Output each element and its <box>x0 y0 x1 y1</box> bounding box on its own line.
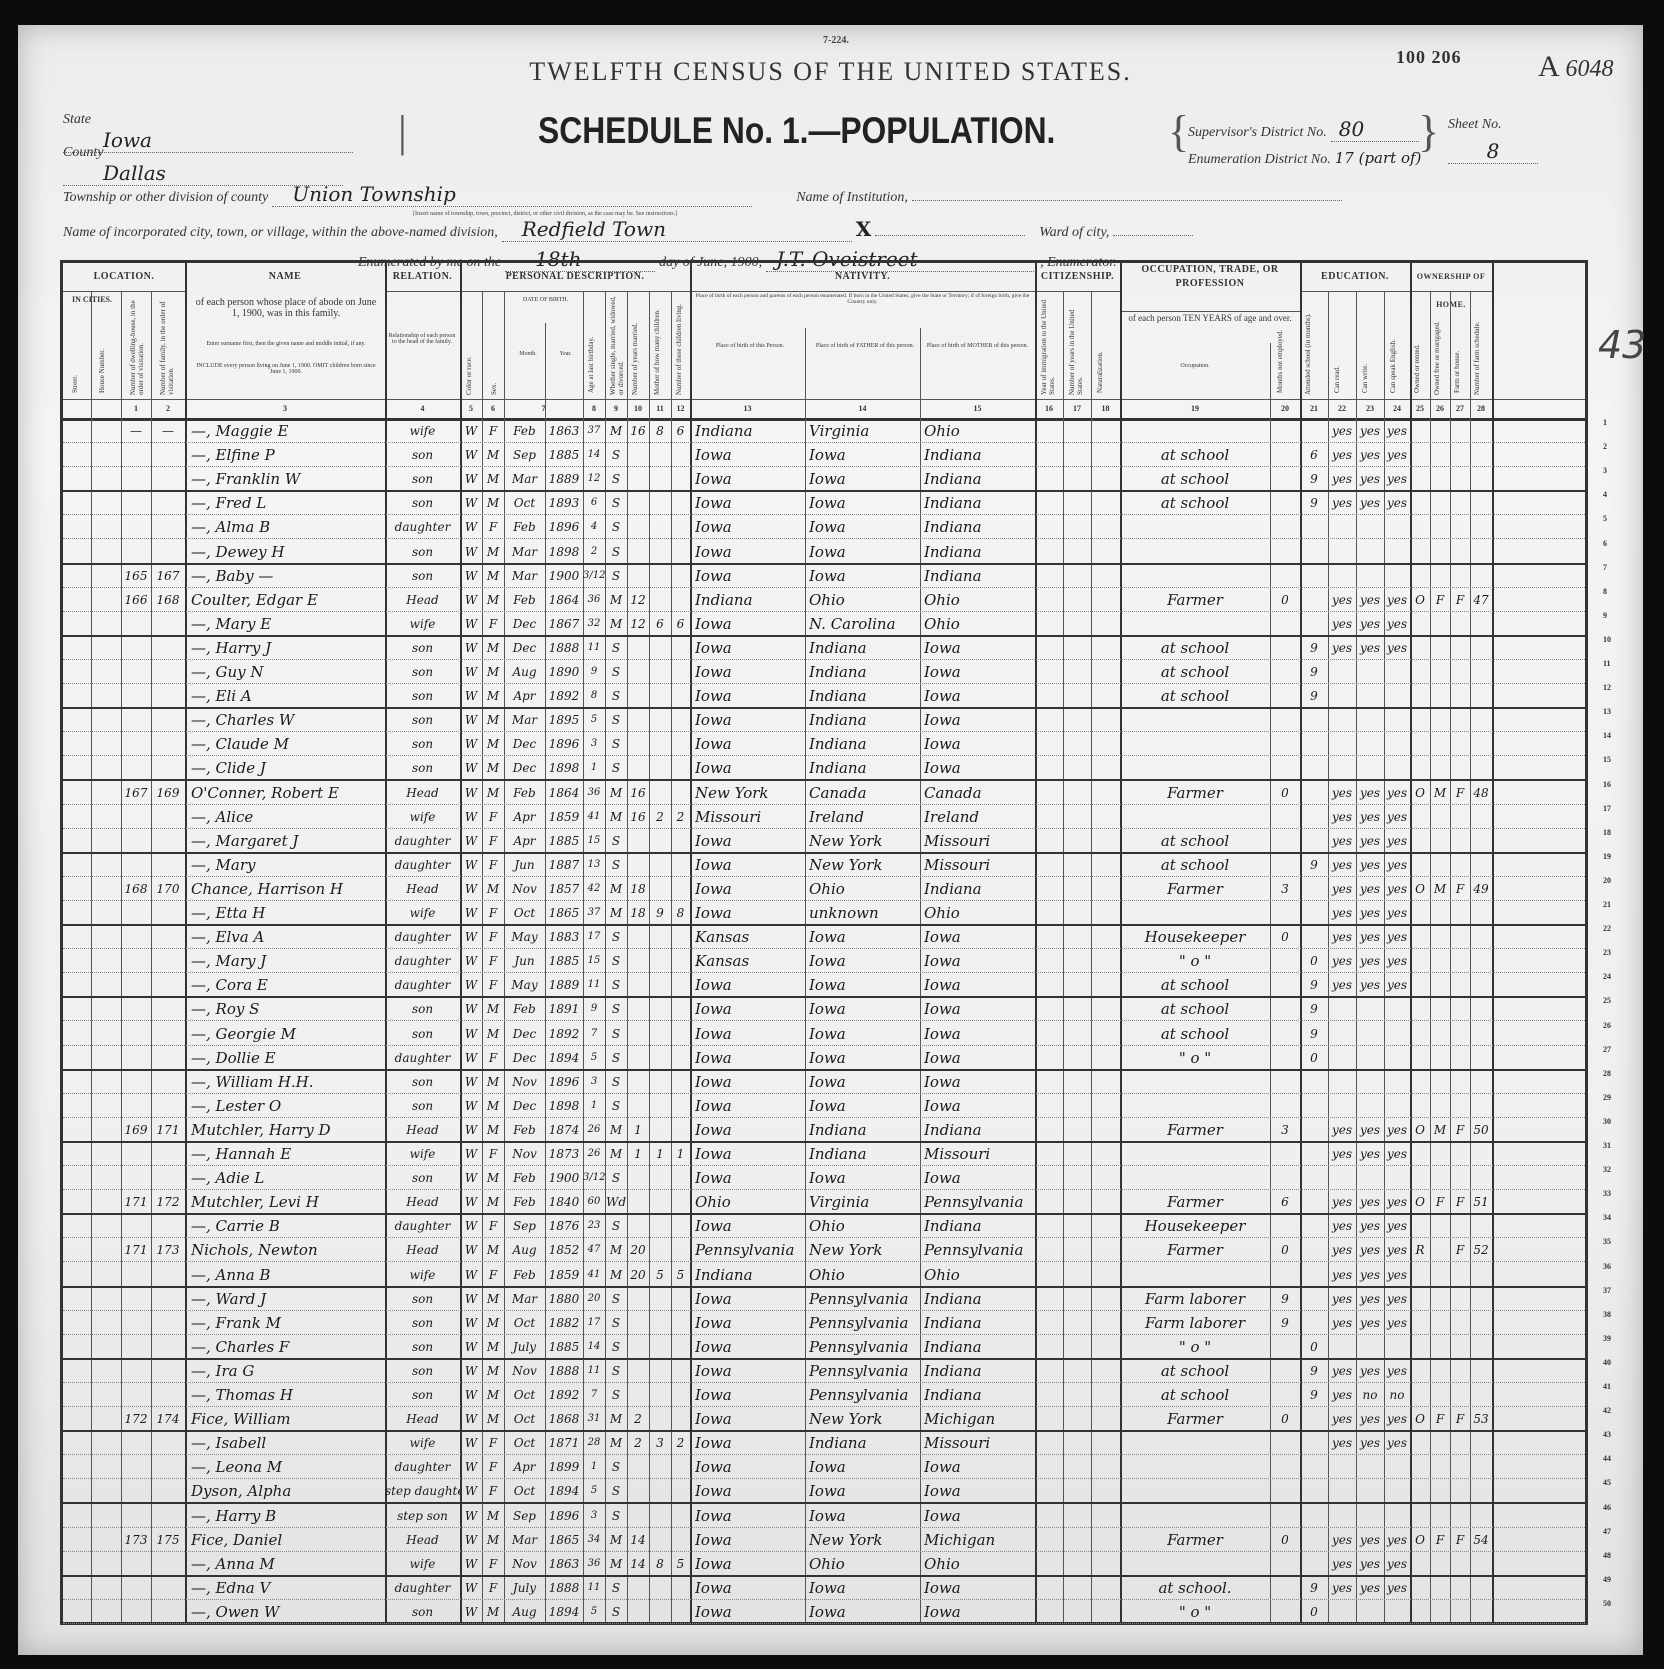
marital-status: S <box>605 1382 627 1406</box>
owned-free-mortgaged <box>1430 563 1450 587</box>
occupation: Farmer <box>1120 1527 1270 1551</box>
dwelling-number: 166 <box>121 587 151 611</box>
age: 15 <box>583 828 605 852</box>
children-living <box>671 1069 690 1093</box>
birthplace-father: Indiana <box>809 1117 919 1141</box>
occupation <box>1120 1141 1270 1165</box>
family-number <box>151 1165 185 1189</box>
color: W <box>460 539 482 563</box>
sex: M <box>482 1069 504 1093</box>
birthplace-mother: Ohio <box>924 418 1034 442</box>
person-name: —, Lester O <box>191 1093 383 1117</box>
farm-schedule-number <box>1470 683 1492 707</box>
occupation: at school. <box>1120 1575 1270 1599</box>
owned-free-mortgaged <box>1430 1478 1450 1502</box>
table-row: —, Eli A son W M Apr 1892 8 S Iowa India… <box>63 683 1585 709</box>
table-row: —, Isabell wife W F Oct 1871 28 M 2 3 2 … <box>63 1430 1585 1455</box>
owned-free-mortgaged: F <box>1430 1406 1450 1430</box>
table-row: 173 175 Fice, Daniel Head W M Mar 1865 3… <box>63 1527 1585 1552</box>
marital-status: S <box>605 1021 627 1045</box>
col-num-17: 17 <box>1063 404 1091 413</box>
children-living: 5 <box>671 1262 690 1286</box>
birthplace-mother: Ireland <box>924 804 1034 828</box>
farm-or-house <box>1450 972 1470 996</box>
line-number: 37 <box>1603 1286 1611 1295</box>
birthplace-person: Iowa <box>695 1310 805 1334</box>
occupation <box>1120 1069 1270 1093</box>
family-number <box>151 611 185 635</box>
marital-status: Wd <box>605 1189 627 1213</box>
children-living <box>671 996 690 1020</box>
children-living <box>671 780 690 804</box>
sex: F <box>482 1213 504 1237</box>
dwelling-number <box>121 1358 151 1382</box>
months-unemployed <box>1270 1575 1300 1599</box>
owned-rented: O <box>1410 1189 1430 1213</box>
header-can-write: Can write. <box>1361 343 1369 393</box>
sex: M <box>482 1237 504 1261</box>
can-write: yes <box>1356 1310 1384 1334</box>
can-speak-english: yes <box>1384 466 1410 490</box>
sex: M <box>482 780 504 804</box>
birth-year: 1867 <box>545 611 583 635</box>
birthplace-father: Iowa <box>809 1093 919 1117</box>
owned-free-mortgaged <box>1430 972 1450 996</box>
marital-status: M <box>605 1551 627 1575</box>
birthplace-person: Iowa <box>695 755 805 779</box>
farm-schedule-number <box>1470 466 1492 490</box>
owned-free-mortgaged <box>1430 1165 1450 1189</box>
children-living <box>671 659 690 683</box>
occupation <box>1120 1503 1270 1527</box>
farm-or-house <box>1450 1334 1470 1358</box>
sex: F <box>482 514 504 538</box>
sex: M <box>482 587 504 611</box>
marital-status: M <box>605 1527 627 1551</box>
attended-school <box>1300 1527 1328 1551</box>
birthplace-mother: Iowa <box>924 755 1034 779</box>
table-row: —, Frank M son W M Oct 1882 17 S Iowa Pe… <box>63 1310 1585 1335</box>
family-number <box>151 828 185 852</box>
can-write <box>1356 1093 1384 1117</box>
farm-or-house <box>1450 804 1470 828</box>
family-number <box>151 1262 185 1286</box>
attended-school <box>1300 1310 1328 1334</box>
county-field: County Dallas <box>63 143 383 186</box>
can-write: yes <box>1356 1213 1384 1237</box>
birthplace-father: Pennsylvania <box>809 1286 919 1310</box>
farm-or-house <box>1450 1599 1470 1623</box>
attended-school <box>1300 755 1328 779</box>
age: 47 <box>583 1237 605 1261</box>
person-name: —, Owen W <box>191 1599 383 1623</box>
person-name: —, Elfine P <box>191 442 383 466</box>
sex: M <box>482 683 504 707</box>
mother-of <box>649 1237 671 1261</box>
can-speak-english: yes <box>1384 1575 1410 1599</box>
farm-schedule-number: 53 <box>1470 1406 1492 1430</box>
owned-rented <box>1410 1141 1430 1165</box>
relation: Head <box>385 876 460 900</box>
birthplace-mother: Ohio <box>924 587 1034 611</box>
family-number <box>151 755 185 779</box>
age: 11 <box>583 1575 605 1599</box>
birthplace-father: Ohio <box>809 1551 919 1575</box>
relation: son <box>385 659 460 683</box>
person-name: —, Anna B <box>191 1262 383 1286</box>
children-living: 2 <box>671 1430 690 1454</box>
birthplace-mother: Ohio <box>924 900 1034 924</box>
table-row: —, Owen W son W M Aug 1894 5 S Iowa Iowa… <box>63 1599 1585 1624</box>
birth-year: 1892 <box>545 683 583 707</box>
can-read: yes <box>1328 1262 1356 1286</box>
dwelling-number <box>121 1454 151 1478</box>
owned-rented <box>1410 466 1430 490</box>
color: W <box>460 780 482 804</box>
can-speak-english: yes <box>1384 780 1410 804</box>
months-unemployed <box>1270 635 1300 659</box>
marital-status: M <box>605 418 627 442</box>
birthplace-mother: Missouri <box>924 828 1034 852</box>
owned-rented <box>1410 804 1430 828</box>
person-name: —, Charles F <box>191 1334 383 1358</box>
farm-or-house <box>1450 539 1470 563</box>
header-age: Age at last birthday. <box>587 303 595 393</box>
birthplace-person: Ohio <box>695 1189 805 1213</box>
age: 5 <box>583 707 605 731</box>
can-read: yes <box>1328 876 1356 900</box>
owned-free-mortgaged <box>1430 1310 1450 1334</box>
owned-rented <box>1410 683 1430 707</box>
farm-or-house <box>1450 442 1470 466</box>
farm-or-house <box>1450 731 1470 755</box>
col-num-26: 26 <box>1430 404 1450 413</box>
children-living <box>671 852 690 876</box>
can-write <box>1356 1021 1384 1045</box>
birth-year: 1863 <box>545 1551 583 1575</box>
header-birth-father: Place of birth of FATHER of this person. <box>810 343 920 349</box>
line-number: 1 <box>1603 418 1607 427</box>
attended-school <box>1300 876 1328 900</box>
header-immigration: Year of immigration to the United States… <box>1040 295 1056 395</box>
children-living: 2 <box>671 804 690 828</box>
attended-school: 9 <box>1300 683 1328 707</box>
family-number: 175 <box>151 1527 185 1551</box>
months-unemployed <box>1270 996 1300 1020</box>
farm-or-house <box>1450 1141 1470 1165</box>
col-num-6: 6 <box>482 404 504 413</box>
months-unemployed <box>1270 1599 1300 1623</box>
months-unemployed: 0 <box>1270 1237 1300 1261</box>
table-row: 168 170 Chance, Harrison H Head W M Nov … <box>63 876 1585 901</box>
marital-status: S <box>605 1165 627 1189</box>
farm-or-house <box>1450 707 1470 731</box>
marital-status: S <box>605 1213 627 1237</box>
occupation <box>1120 1262 1270 1286</box>
color: W <box>460 466 482 490</box>
birthplace-mother: Indiana <box>924 1310 1034 1334</box>
owned-rented: R <box>1410 1237 1430 1261</box>
months-unemployed <box>1270 1430 1300 1454</box>
dwelling-number <box>121 659 151 683</box>
months-unemployed <box>1270 442 1300 466</box>
marital-status: S <box>605 1454 627 1478</box>
birthplace-mother: Indiana <box>924 1117 1034 1141</box>
dwelling-number <box>121 466 151 490</box>
farm-or-house <box>1450 635 1470 659</box>
birthplace-person: Iowa <box>695 1021 805 1045</box>
attended-school <box>1300 1093 1328 1117</box>
line-number: 23 <box>1603 948 1611 957</box>
owned-rented <box>1410 1454 1430 1478</box>
months-unemployed: 0 <box>1270 587 1300 611</box>
col-num-12: 12 <box>671 404 690 413</box>
marital-status: S <box>605 1358 627 1382</box>
color: W <box>460 1382 482 1406</box>
dwelling-number: 167 <box>121 780 151 804</box>
relation: son <box>385 1310 460 1334</box>
owned-free-mortgaged <box>1430 948 1450 972</box>
years-married <box>627 707 649 731</box>
occupation <box>1120 707 1270 731</box>
dwelling-number <box>121 539 151 563</box>
birth-year: 1859 <box>545 804 583 828</box>
attended-school: 9 <box>1300 635 1328 659</box>
months-unemployed <box>1270 1165 1300 1189</box>
owned-free-mortgaged: F <box>1430 1189 1450 1213</box>
owned-free-mortgaged <box>1430 1334 1450 1358</box>
birth-year: 1882 <box>545 1310 583 1334</box>
owned-free-mortgaged: M <box>1430 1117 1450 1141</box>
age: 7 <box>583 1382 605 1406</box>
header-nativity-desc: Place of birth of each person and parent… <box>695 293 1030 305</box>
header-occupation-desc: of each person TEN YEARS of age and over… <box>1125 313 1295 323</box>
dwelling-number <box>121 1069 151 1093</box>
color: W <box>460 1551 482 1575</box>
farm-schedule-number <box>1470 1358 1492 1382</box>
can-read: yes <box>1328 418 1356 442</box>
can-read: yes <box>1328 852 1356 876</box>
occupation <box>1120 1093 1270 1117</box>
col-num-11: 11 <box>649 404 671 413</box>
relation: son <box>385 707 460 731</box>
family-number <box>151 466 185 490</box>
supervisor-field: Supervisor's District No. 80 <box>1188 117 1419 142</box>
birth-month: Nov <box>504 1141 545 1165</box>
sex: F <box>482 418 504 442</box>
color: W <box>460 563 482 587</box>
person-name: —, Maggie E <box>191 418 383 442</box>
table-row: — — —, Maggie E wife W F Feb 1863 37 M 1… <box>63 418 1585 443</box>
can-read: yes <box>1328 587 1356 611</box>
children-living <box>671 876 690 900</box>
children-living <box>671 707 690 731</box>
mother-of <box>649 852 671 876</box>
can-read: yes <box>1328 1310 1356 1334</box>
line-number: 34 <box>1603 1213 1611 1222</box>
line-number: 50 <box>1603 1599 1611 1608</box>
children-living <box>671 1454 690 1478</box>
can-write: yes <box>1356 635 1384 659</box>
col-num-22: 22 <box>1328 404 1356 413</box>
can-speak-english <box>1384 1165 1410 1189</box>
birthplace-person: Iowa <box>695 1551 805 1575</box>
owned-free-mortgaged <box>1430 514 1450 538</box>
table-row: 166 168 Coulter, Edgar E Head W M Feb 18… <box>63 587 1585 612</box>
marital-status: M <box>605 587 627 611</box>
birthplace-father: Iowa <box>809 948 919 972</box>
sex: M <box>482 996 504 1020</box>
header-marital: Whether single, married, widowed, or div… <box>609 295 625 395</box>
age: 36 <box>583 587 605 611</box>
years-married <box>627 659 649 683</box>
can-speak-english <box>1384 755 1410 779</box>
header-birth-person: Place of birth of this Person. <box>695 343 805 349</box>
owned-free-mortgaged <box>1430 635 1450 659</box>
family-number <box>151 948 185 972</box>
can-read <box>1328 563 1356 587</box>
can-read <box>1328 1165 1356 1189</box>
person-name: —, Dollie E <box>191 1045 383 1069</box>
dwelling-number <box>121 1599 151 1623</box>
months-unemployed <box>1270 1045 1300 1069</box>
years-married <box>627 996 649 1020</box>
children-living <box>671 1237 690 1261</box>
table-row: —, Claude M son W M Dec 1896 3 S Iowa In… <box>63 731 1585 756</box>
months-unemployed <box>1270 1454 1300 1478</box>
years-married <box>627 755 649 779</box>
months-unemployed <box>1270 1021 1300 1045</box>
person-name: —, Charles W <box>191 707 383 731</box>
months-unemployed <box>1270 683 1300 707</box>
color: W <box>460 1213 482 1237</box>
farm-schedule-number: 52 <box>1470 1237 1492 1261</box>
relation: wife <box>385 418 460 442</box>
header-in-cities: IN CITIES. <box>63 295 121 304</box>
age: 13 <box>583 852 605 876</box>
birthplace-mother: Iowa <box>924 1575 1034 1599</box>
age: 4 <box>583 514 605 538</box>
sex: M <box>482 490 504 514</box>
occupation: at school <box>1120 1021 1270 1045</box>
person-name: —, Franklin W <box>191 466 383 490</box>
dwelling-number <box>121 1575 151 1599</box>
children-living: 1 <box>671 1141 690 1165</box>
attended-school <box>1300 1237 1328 1261</box>
line-number: 5 <box>1603 514 1607 523</box>
birth-month: Nov <box>504 1358 545 1382</box>
months-unemployed <box>1270 539 1300 563</box>
col-num-2: 2 <box>151 404 185 413</box>
birth-year: 1868 <box>545 1406 583 1430</box>
can-read: yes <box>1328 972 1356 996</box>
table-row: —, Dewey H son W M Mar 1898 2 S Iowa Iow… <box>63 539 1585 565</box>
children-living <box>671 1165 690 1189</box>
birthplace-person: Iowa <box>695 876 805 900</box>
person-name: —, Adie L <box>191 1165 383 1189</box>
birthplace-mother: Indiana <box>924 539 1034 563</box>
owned-rented: O <box>1410 780 1430 804</box>
occupation <box>1120 755 1270 779</box>
family-number: — <box>151 418 185 442</box>
mother-of <box>649 490 671 514</box>
birthplace-father: Iowa <box>809 924 919 948</box>
birthplace-person: Iowa <box>695 1093 805 1117</box>
birth-year: 1894 <box>545 1478 583 1502</box>
sex: M <box>482 442 504 466</box>
line-number: 16 <box>1603 780 1611 789</box>
person-name: —, Claude M <box>191 731 383 755</box>
family-number <box>151 1093 185 1117</box>
occupation: at school <box>1120 996 1270 1020</box>
can-read: yes <box>1328 1237 1356 1261</box>
dwelling-number <box>121 683 151 707</box>
mother-of <box>649 563 671 587</box>
can-speak-english: yes <box>1384 876 1410 900</box>
family-number <box>151 804 185 828</box>
color: W <box>460 1189 482 1213</box>
header-can-read: Can read. <box>1333 343 1341 393</box>
family-number <box>151 1478 185 1502</box>
marital-status: M <box>605 1406 627 1430</box>
relation: daughter <box>385 1045 460 1069</box>
farm-schedule-number <box>1470 731 1492 755</box>
birth-year: 1892 <box>545 1382 583 1406</box>
months-unemployed <box>1270 707 1300 731</box>
birthplace-father: Indiana <box>809 635 919 659</box>
birthplace-father: Iowa <box>809 563 919 587</box>
birth-year: 1885 <box>545 1334 583 1358</box>
owned-free-mortgaged: M <box>1430 780 1450 804</box>
color: W <box>460 1237 482 1261</box>
family-number <box>151 1551 185 1575</box>
mother-of: 5 <box>649 1262 671 1286</box>
can-speak-english <box>1384 996 1410 1020</box>
header-birth-mother: Place of birth of MOTHER of this person. <box>925 343 1030 349</box>
line-number: 30 <box>1603 1117 1611 1126</box>
occupation <box>1120 418 1270 442</box>
birthplace-mother: Iowa <box>924 1478 1034 1502</box>
relation: daughter <box>385 972 460 996</box>
birth-year: 1863 <box>545 418 583 442</box>
owned-rented <box>1410 514 1430 538</box>
owned-free-mortgaged <box>1430 539 1450 563</box>
children-living <box>671 539 690 563</box>
family-number <box>151 1021 185 1045</box>
can-read <box>1328 1503 1356 1527</box>
months-unemployed <box>1270 755 1300 779</box>
occupation: at school <box>1120 1382 1270 1406</box>
line-number: 43 <box>1603 1430 1611 1439</box>
years-married <box>627 1334 649 1358</box>
months-unemployed: 0 <box>1270 924 1300 948</box>
can-speak-english <box>1384 563 1410 587</box>
city-label: Name of incorporated city, town, or vill… <box>63 225 498 240</box>
farm-schedule-number: 50 <box>1470 1117 1492 1141</box>
mother-of <box>649 1454 671 1478</box>
owned-rented <box>1410 1310 1430 1334</box>
owned-free-mortgaged <box>1430 418 1450 442</box>
birthplace-person: Iowa <box>695 1575 805 1599</box>
relation: wife <box>385 1262 460 1286</box>
can-read <box>1328 996 1356 1020</box>
header-sex: Sex. <box>490 363 498 395</box>
relation: son <box>385 539 460 563</box>
owned-free-mortgaged <box>1430 731 1450 755</box>
birth-year: 1893 <box>545 490 583 514</box>
mother-of <box>649 1189 671 1213</box>
age: 11 <box>583 1358 605 1382</box>
